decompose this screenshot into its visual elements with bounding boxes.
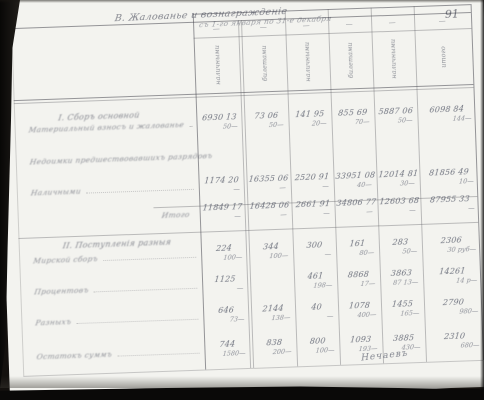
column-header-rotated: билетами xyxy=(346,34,356,86)
amount-cell: 2790980— xyxy=(426,297,482,321)
amount-sub: — xyxy=(248,184,289,193)
scan-edge-right xyxy=(480,0,484,392)
amount-main: 744 xyxy=(206,339,249,350)
row-label-wrap: Разныхъ xyxy=(21,309,201,328)
amount-sub: — xyxy=(201,212,244,222)
amount-sub: 40— xyxy=(335,181,375,190)
amount-cell: 2310680— xyxy=(427,331,483,355)
leader-line xyxy=(103,256,196,261)
amount-sub: — xyxy=(336,207,376,216)
amount-main: 5887 06 xyxy=(376,106,416,116)
ditto-mark: — xyxy=(298,22,314,31)
amount-sub: 198— xyxy=(296,281,336,290)
amount-main: 73 06 xyxy=(246,111,287,121)
amount-cell: 28350— xyxy=(381,237,421,260)
amount-main: 1125 xyxy=(204,274,247,285)
amount-cell: 838200— xyxy=(254,337,295,360)
column-header-rotated: итого xyxy=(438,31,448,83)
amount-main: 2144 xyxy=(253,303,294,313)
amount-sub: 1580— xyxy=(206,349,249,359)
row-label: Остатокъ суммъ xyxy=(36,350,113,362)
amount-sub: — xyxy=(249,210,290,219)
amount-main: 6930 13 xyxy=(198,112,241,123)
amount-sub: 20— xyxy=(290,119,330,128)
amount-sub: — xyxy=(422,204,478,214)
amount-sub: 17— xyxy=(339,279,379,288)
row-label-wrap: Итого xyxy=(18,206,198,225)
amount-cell: 1078400— xyxy=(340,300,380,323)
column-header-rotated: наличными xyxy=(213,39,223,91)
row-label: Процентовъ xyxy=(34,286,90,297)
amount-main: 40 xyxy=(297,302,337,312)
amount-cell: 16355 06— xyxy=(248,174,289,197)
ditto-mark: — xyxy=(208,25,224,34)
amount-main: 1455 xyxy=(383,299,423,309)
column-header-rotated: билетами xyxy=(260,37,270,89)
amount-cell: 6930 1350— xyxy=(198,112,241,135)
amount-main: 224 xyxy=(202,243,245,254)
amount-cell: 11849 17— xyxy=(201,202,244,225)
amount-cell: 87955 33— xyxy=(422,194,478,218)
amount-sub: 980— xyxy=(426,307,482,317)
amount-sub: 138— xyxy=(253,313,294,322)
amount-main: 161 xyxy=(337,238,377,248)
amount-main: 12603 68 xyxy=(379,196,419,206)
amount-sub: — xyxy=(204,284,247,294)
row-label-wrap: Процентовъ xyxy=(20,278,200,297)
amount-sub: 10— xyxy=(421,177,477,187)
amount-main: 8868 xyxy=(338,269,378,279)
amount-cell: 16180— xyxy=(338,238,378,261)
amount-main: 16428 06 xyxy=(249,200,290,210)
amount-cell: 73 0650— xyxy=(246,111,287,134)
amount-cell: 1125— xyxy=(204,274,247,297)
amount-main: 11849 17 xyxy=(201,202,244,213)
amount-sub: 50— xyxy=(198,122,241,132)
amount-sub: 70— xyxy=(333,118,373,127)
amount-sub: 100— xyxy=(251,251,292,260)
amount-cell: 7441580— xyxy=(206,339,249,362)
amount-main: 2661 91 xyxy=(293,199,333,209)
amount-sub: — xyxy=(293,209,333,218)
amount-cell: 141 9520— xyxy=(290,109,330,132)
row-label: Разныхъ xyxy=(35,317,72,327)
amount-sub: 165— xyxy=(383,309,423,318)
amount-main: 33951 08 xyxy=(335,171,375,181)
leader-line xyxy=(94,287,198,293)
ditto-mark: — xyxy=(384,19,400,28)
amount-main: 141 95 xyxy=(290,109,330,119)
amount-sub: 100— xyxy=(203,253,246,263)
row-label: Материальный взносъ и жалованье xyxy=(28,120,185,134)
page-edge-shadow xyxy=(0,376,484,388)
amount-cell: 33951 0840— xyxy=(335,171,375,194)
amount-main: 855 69 xyxy=(333,108,373,118)
amount-sub: 30 руб— xyxy=(424,245,480,255)
amount-main: 3885 xyxy=(384,333,424,343)
amount-cell: 12014 8130— xyxy=(378,169,418,192)
column-header-rotated: наличными xyxy=(389,33,399,85)
amount-main: 461 xyxy=(295,271,335,281)
amount-sub: 73— xyxy=(205,315,248,325)
ditto-mark: — xyxy=(341,20,357,29)
amount-sub: — xyxy=(379,206,419,215)
scanned-ledger-photo: В. Жалованье и вознагражденіе 91 съ 1-го… xyxy=(0,0,484,400)
amount-sub: 14 р— xyxy=(425,276,481,286)
leader-line xyxy=(117,352,199,357)
ditto-mark: — xyxy=(434,17,450,26)
amount-main: 344 xyxy=(250,241,291,251)
amount-main: 1093 xyxy=(341,334,381,344)
amount-cell: 1455165— xyxy=(383,299,423,322)
amount-sub: 50— xyxy=(246,121,287,130)
amount-main: 1078 xyxy=(340,300,380,310)
amount-sub: 50— xyxy=(381,247,421,256)
leader-line xyxy=(189,125,192,127)
amount-cell: 2520 91— xyxy=(292,172,332,195)
amount-cell: 64673— xyxy=(205,305,248,328)
amount-cell: 40— xyxy=(297,302,337,325)
amount-cell: 81856 4910— xyxy=(421,167,477,191)
row-label: Мирской сборъ xyxy=(33,254,99,265)
amount-sub: — xyxy=(200,185,243,195)
amount-cell: 12603 68— xyxy=(379,196,419,219)
amount-main: 283 xyxy=(380,237,420,247)
ledger-page: В. Жалованье и вознагражденіе 91 съ 1-го… xyxy=(0,0,484,400)
amount-sub: — xyxy=(295,250,335,259)
scan-edge-top xyxy=(0,0,484,3)
amount-cell: 344100— xyxy=(251,241,292,264)
row-label: Недоимки предшествовавшихъ разрядовъ xyxy=(29,151,213,166)
amount-sub: 50— xyxy=(376,116,416,125)
grid-line xyxy=(194,28,472,39)
amount-main: 12014 81 xyxy=(378,169,418,179)
amount-sub: 80— xyxy=(338,248,378,257)
amount-sub: 400— xyxy=(340,310,380,319)
amount-cell: 224100— xyxy=(203,243,246,266)
amount-sub: 200— xyxy=(254,347,295,356)
amount-cell: 6098 84144— xyxy=(419,104,475,128)
amount-main: 2520 91 xyxy=(292,172,332,182)
amount-cell: 300— xyxy=(295,240,335,263)
amount-cell: 16428 06— xyxy=(249,201,290,224)
row-label-wrap: Недоимки предшествовавшихъ разрядовъ xyxy=(16,148,196,167)
amount-cell: 1426114 р— xyxy=(425,266,481,290)
row-label-wrap: Остатокъ суммъ xyxy=(22,343,202,362)
amount-cell: 800100— xyxy=(298,336,338,359)
amount-main: 1174 20 xyxy=(200,175,243,186)
leader-line xyxy=(76,318,198,324)
amount-sub: — xyxy=(297,312,337,321)
row-label: Наличными xyxy=(30,187,81,198)
amount-cell: 461198— xyxy=(296,271,336,294)
amount-cell: 855 6970— xyxy=(333,108,373,131)
amount-cell: 886817— xyxy=(339,269,379,292)
row-label: Итого xyxy=(161,210,190,220)
amount-cell: 2661 91— xyxy=(293,199,333,222)
column-header-rotated: наличными xyxy=(303,36,313,88)
amount-main: 3863 xyxy=(381,268,421,278)
amount-sub: — xyxy=(292,182,332,191)
amount-sub: 30— xyxy=(378,179,418,188)
amount-sub: 680— xyxy=(427,341,483,351)
amount-main: 16355 06 xyxy=(248,174,289,184)
amount-main: 300 xyxy=(294,240,334,250)
amount-cell: 2144138— xyxy=(253,303,294,326)
leader-line xyxy=(86,188,194,194)
amount-cell: 5887 0650— xyxy=(376,106,416,129)
row-label-wrap: Наличными xyxy=(17,179,197,198)
amount-main: 800 xyxy=(298,336,338,346)
amount-sub: 100— xyxy=(298,346,338,355)
amount-sub: 87 13— xyxy=(382,278,422,287)
amount-main: 34806 77 xyxy=(336,197,376,207)
amount-cell: 1174 20— xyxy=(200,175,243,198)
amount-sub: 144— xyxy=(419,114,475,124)
amount-main: 838 xyxy=(254,337,295,347)
amount-cell: 34806 77— xyxy=(336,198,376,221)
amount-main: 646 xyxy=(205,305,248,316)
ditto-mark: — xyxy=(255,23,271,32)
amount-cell: 230630 руб— xyxy=(424,235,480,259)
amount-cell: 386387 13— xyxy=(382,268,422,291)
